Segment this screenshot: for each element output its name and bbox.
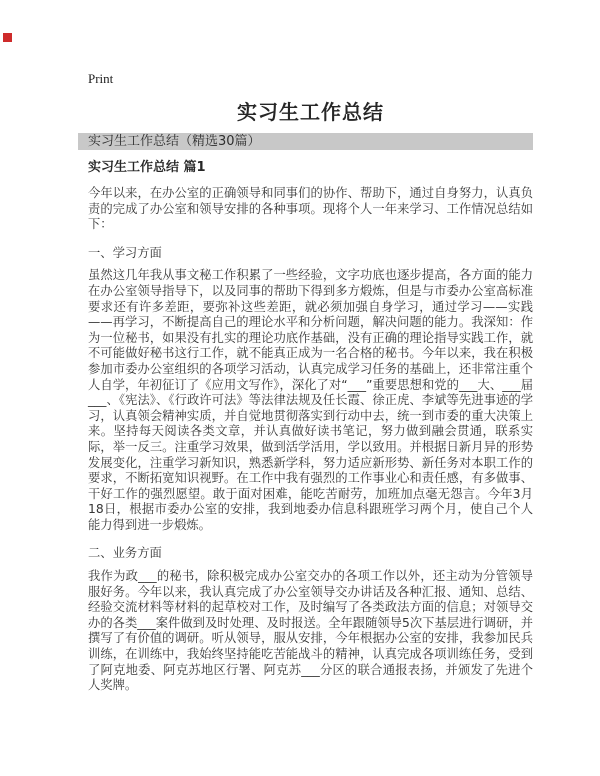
paragraph-business: 我作为政___的秘书，除积极完成办公室交办的各项工作以外，还主动为分管领导服好务…	[88, 569, 533, 694]
document-page: 实习生工作总结 实习生工作总结（精选30篇） 实习生工作总结 篇1 今年以来，在…	[88, 99, 533, 707]
section-label: 实习生工作总结 篇1	[88, 159, 533, 176]
print-button[interactable]: Print	[88, 71, 113, 87]
intro-paragraph: 今年以来，在办公室的正确领导和同事们的协作、帮助下，通过自身努力，认真负责的完成…	[88, 186, 533, 233]
heading-business: 二、业务方面	[88, 546, 533, 562]
subtitle-bar: 实习生工作总结（精选30篇）	[78, 133, 533, 150]
heading-study: 一、学习方面	[88, 246, 533, 262]
subtitle-text: 实习生工作总结（精选30篇）	[88, 134, 261, 149]
page-title: 实习生工作总结	[88, 99, 533, 125]
red-square-icon	[3, 33, 12, 42]
paragraph-study: 虽然这几年我从事文秘工作积累了一些经验，文字功底也逐步提高，各方面的能力在办公室…	[88, 268, 533, 533]
